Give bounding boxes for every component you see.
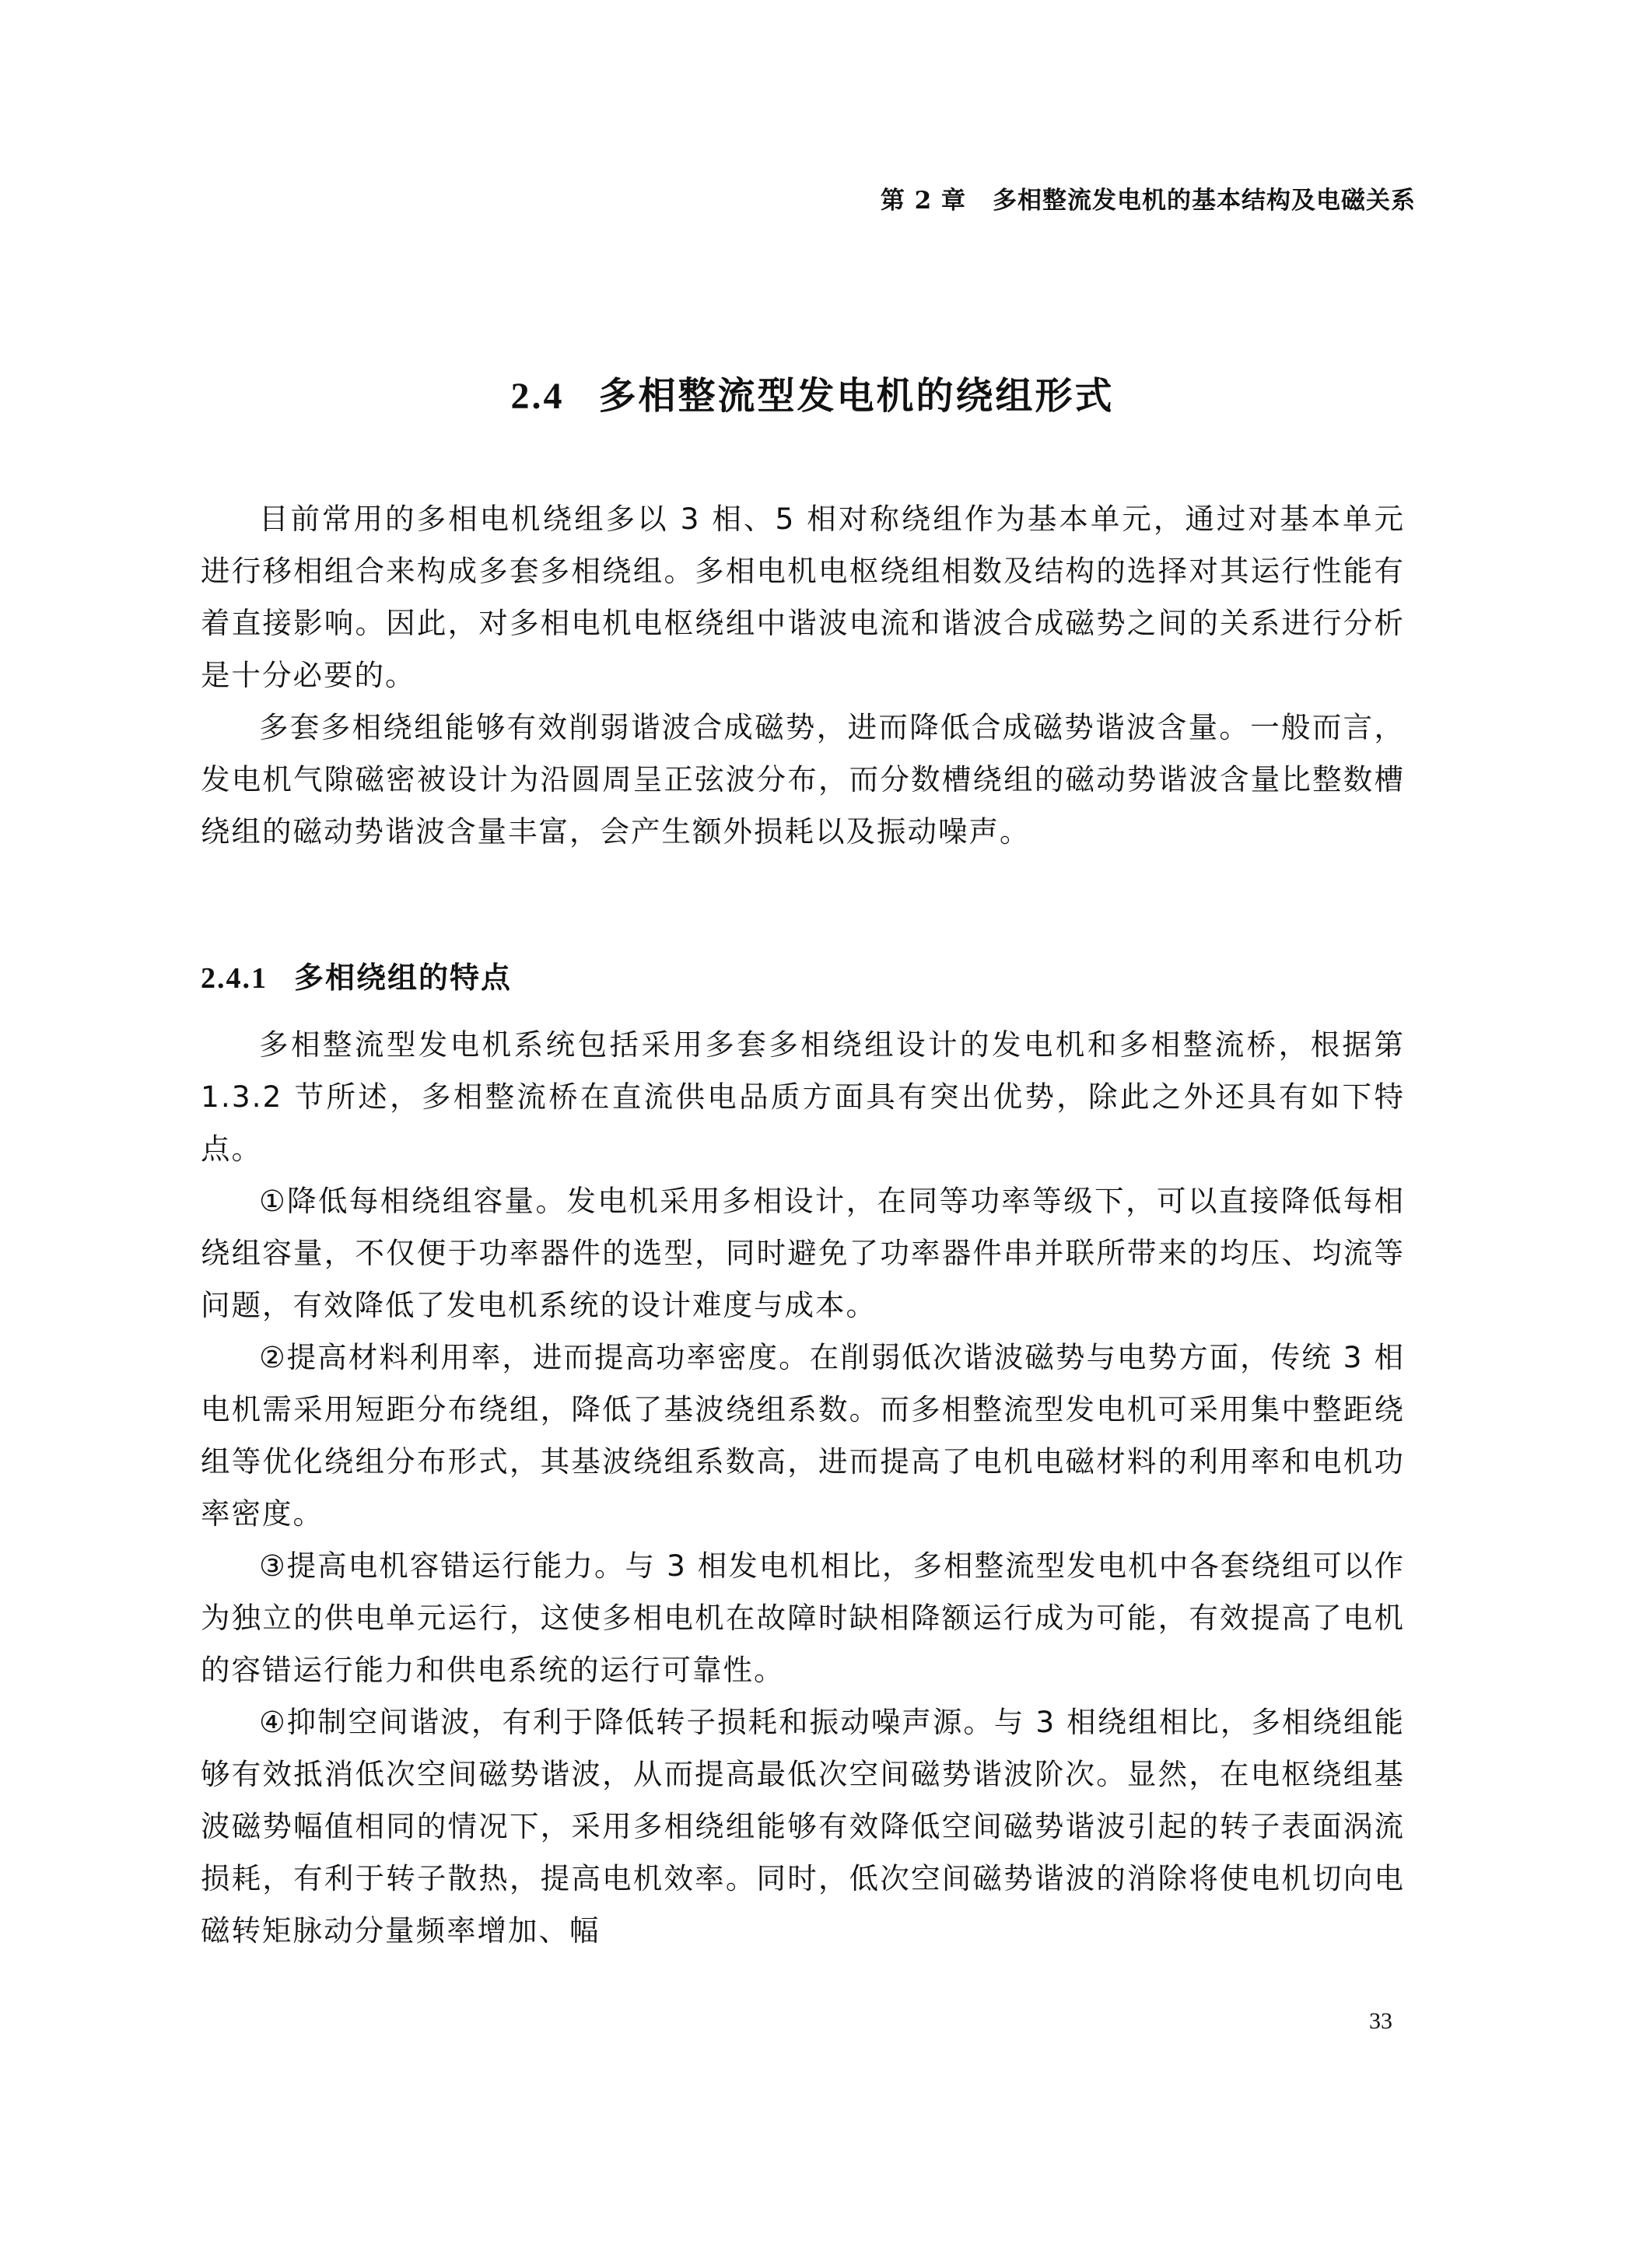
section-number: 2.4 [510, 376, 564, 417]
subsection-number: 2.4.1 [201, 962, 268, 995]
running-header: 第 2 章多相整流发电机的基本结构及电磁关系 [793, 180, 1416, 215]
list-item-paragraph: ②提高材料利用率，进而提高功率密度。在削弱低次谐波磁势与电势方面，传统 3 相电… [201, 1332, 1405, 1540]
paragraph: 多相整流型发电机系统包括采用多套多相绕组设计的发电机和多相整流桥，根据第 1.3… [201, 1019, 1405, 1175]
intro-body: 目前常用的多相电机绕组多以 3 相、5 相对称绕组作为基本单元，通过对基本单元进… [201, 493, 1405, 858]
page-number: 33 [1346, 2008, 1392, 2035]
chapter-title: 多相整流发电机的基本结构及电磁关系 [993, 187, 1416, 215]
subsection-body: 多相整流型发电机系统包括采用多套多相绕组设计的发电机和多相整流桥，根据第 1.3… [201, 1019, 1405, 1957]
document-page: 第 2 章多相整流发电机的基本结构及电磁关系 2.4多相整流型发电机的绕组形式 … [0, 0, 1625, 2268]
list-item-paragraph: ①降低每相绕组容量。发电机采用多相设计，在同等功率等级下，可以直接降低每相绕组容… [201, 1175, 1405, 1332]
chapter-label: 第 2 章 [881, 187, 966, 215]
section-title: 多相整流型发电机的绕组形式 [598, 374, 1114, 418]
paragraph: 多套多相绕组能够有效削弱谐波合成磁势，进而降低合成磁势谐波含量。一般而言，发电机… [201, 702, 1405, 858]
paragraph: 目前常用的多相电机绕组多以 3 相、5 相对称绕组作为基本单元，通过对基本单元进… [201, 493, 1405, 702]
subsection-title: 多相绕组的特点 [294, 961, 512, 995]
list-item-paragraph: ③提高电机容错运行能力。与 3 相发电机相比，多相整流型发电机中各套绕组可以作为… [201, 1540, 1405, 1696]
section-heading: 2.4多相整流型发电机的绕组形式 [0, 366, 1625, 419]
list-item-paragraph: ④抑制空间谐波，有利于降低转子损耗和振动噪声源。与 3 相绕组相比，多相绕组能够… [201, 1696, 1405, 1957]
subsection-heading: 2.4.1多相绕组的特点 [201, 954, 512, 996]
